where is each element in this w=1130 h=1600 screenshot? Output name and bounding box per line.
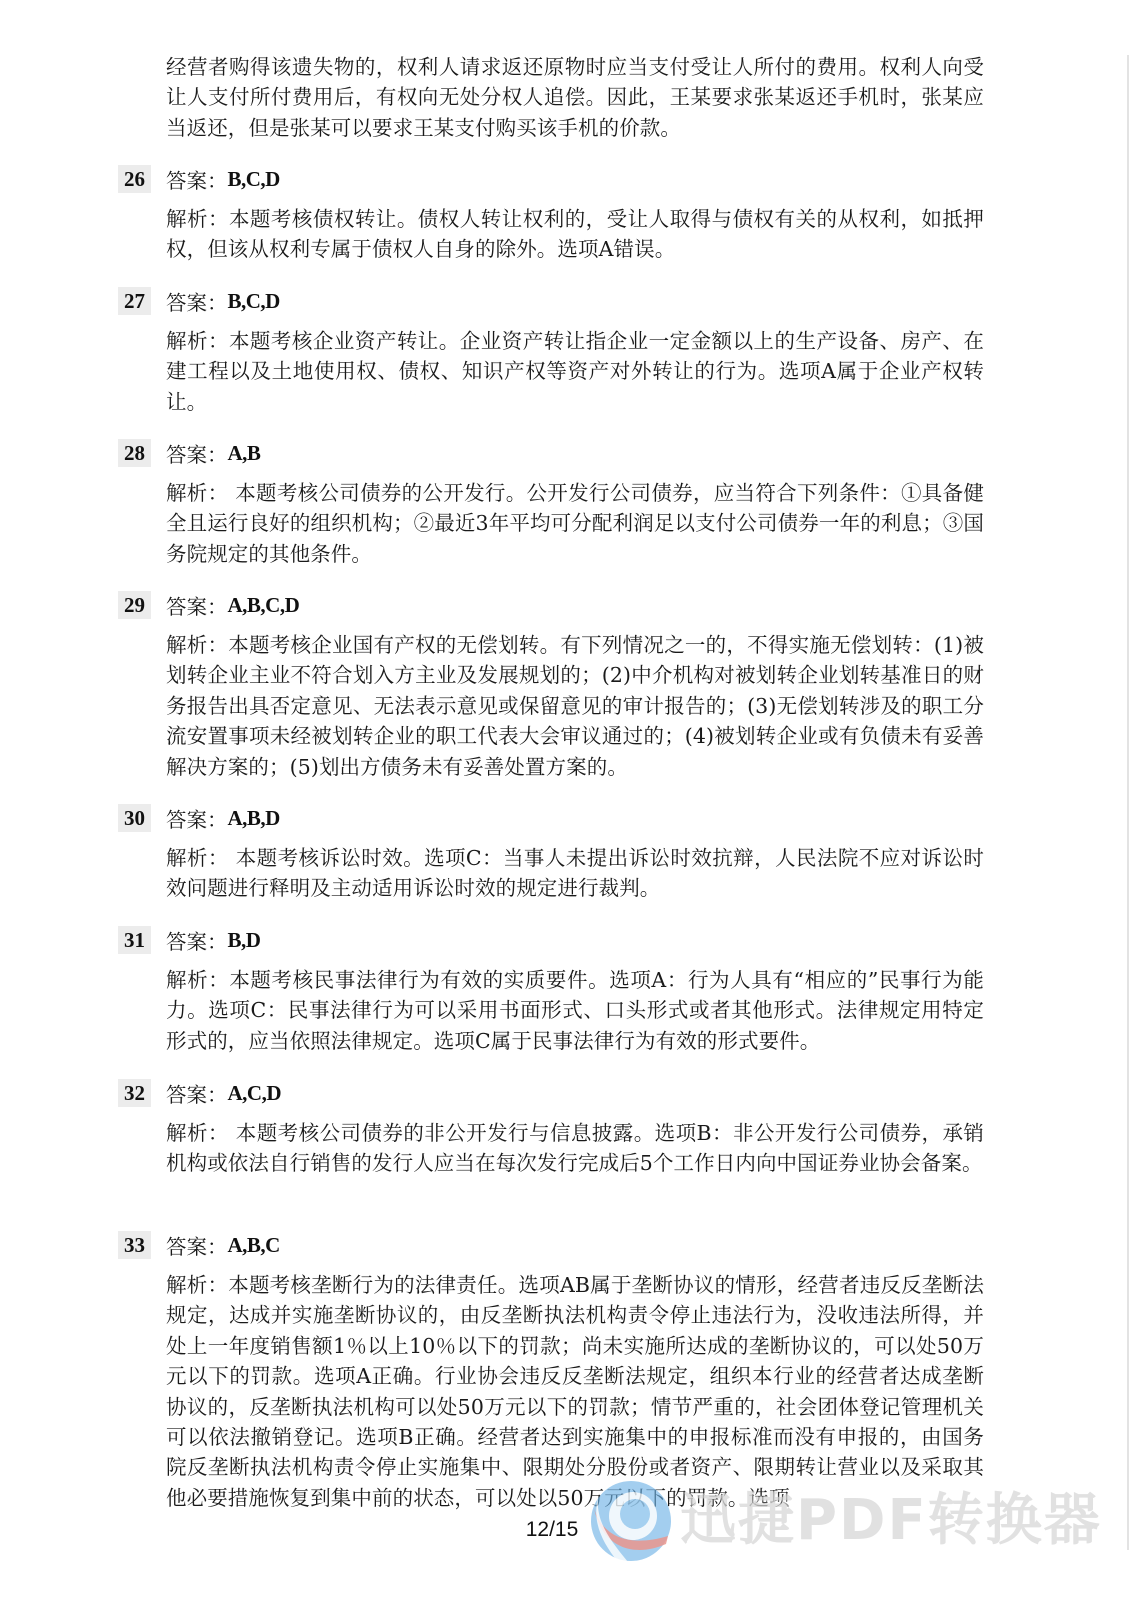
page-number: 12/15 [500, 1518, 604, 1542]
question-header-26: 26 答案： B,C,D [118, 164, 280, 194]
page-edge-line [1127, 55, 1129, 1550]
analysis-paragraph-26: 解析：本题考核债权转让。债权人转让权利的，受让人取得与债权有关的从权利，如抵押权… [166, 204, 984, 265]
intro-paragraph: 经营者购得该遗失物的，权利人请求返还原物时应当支付受让人所付的费用。权利人向受让… [166, 52, 984, 143]
answer-value: A,B,C [228, 1233, 280, 1258]
answer-value: B,C,D [228, 167, 280, 192]
analysis-paragraph-28: 解析： 本题考核公司债券的公开发行。公开发行公司债券，应当符合下列条件：①具备健… [166, 478, 984, 569]
question-number-badge: 31 [118, 926, 151, 954]
question-number-badge: 32 [118, 1079, 151, 1107]
question-number-badge: 33 [118, 1231, 151, 1259]
answer-label: 答案： [166, 925, 228, 955]
answer-label: 答案： [166, 803, 228, 833]
answer-value: A,B,C,D [228, 593, 300, 618]
analysis-paragraph-27: 解析：本题考核企业资产转让。企业资产转让指企业一定金额以上的生产设备、房产、在建… [166, 326, 984, 417]
question-header-28: 28 答案： A,B [118, 438, 260, 468]
question-number-badge: 30 [118, 804, 151, 832]
answer-label: 答案： [166, 438, 228, 468]
question-header-31: 31 答案： B,D [118, 925, 260, 955]
question-header-30: 30 答案： A,B,D [118, 803, 280, 833]
answer-label: 答案： [166, 164, 228, 194]
question-number-badge: 27 [118, 287, 151, 315]
answer-label: 答案： [166, 1078, 228, 1108]
analysis-paragraph-31: 解析：本题考核民事法律行为有效的实质要件。选项A：行为人具有“相应的”民事行为能… [166, 965, 984, 1056]
answer-value: A,B [228, 441, 261, 466]
question-number-badge: 28 [118, 439, 151, 467]
analysis-paragraph-29: 解析：本题考核企业国有产权的无偿划转。有下列情况之一的，不得实施无偿划转：(1)… [166, 630, 984, 782]
question-header-29: 29 答案： A,B,C,D [118, 590, 299, 620]
answer-value: B,C,D [228, 289, 280, 314]
analysis-paragraph-30: 解析： 本题考核诉讼时效。选项C：当事人未提出诉讼时效抗辩，人民法院不应对诉讼时… [166, 843, 984, 904]
answer-label: 答案： [166, 590, 228, 620]
question-header-32: 32 答案： A,C,D [118, 1078, 281, 1108]
question-header-27: 27 答案： B,C,D [118, 286, 280, 316]
question-header-33: 33 答案： A,B,C [118, 1230, 280, 1260]
answer-value: A,C,D [228, 1081, 282, 1106]
analysis-paragraph-32: 解析： 本题考核公司债券的非公开发行与信息披露。选项B：非公开发行公司债券，承销… [166, 1118, 984, 1179]
answer-value: B,D [228, 928, 261, 953]
answer-value: A,B,D [228, 806, 280, 831]
question-number-badge: 26 [118, 165, 151, 193]
question-number-badge: 29 [118, 591, 151, 619]
answer-label: 答案： [166, 1230, 228, 1260]
analysis-paragraph-33: 解析：本题考核垄断行为的法律责任。选项AB属于垄断协议的情形，经营者违反反垄断法… [166, 1270, 984, 1513]
answer-label: 答案： [166, 286, 228, 316]
